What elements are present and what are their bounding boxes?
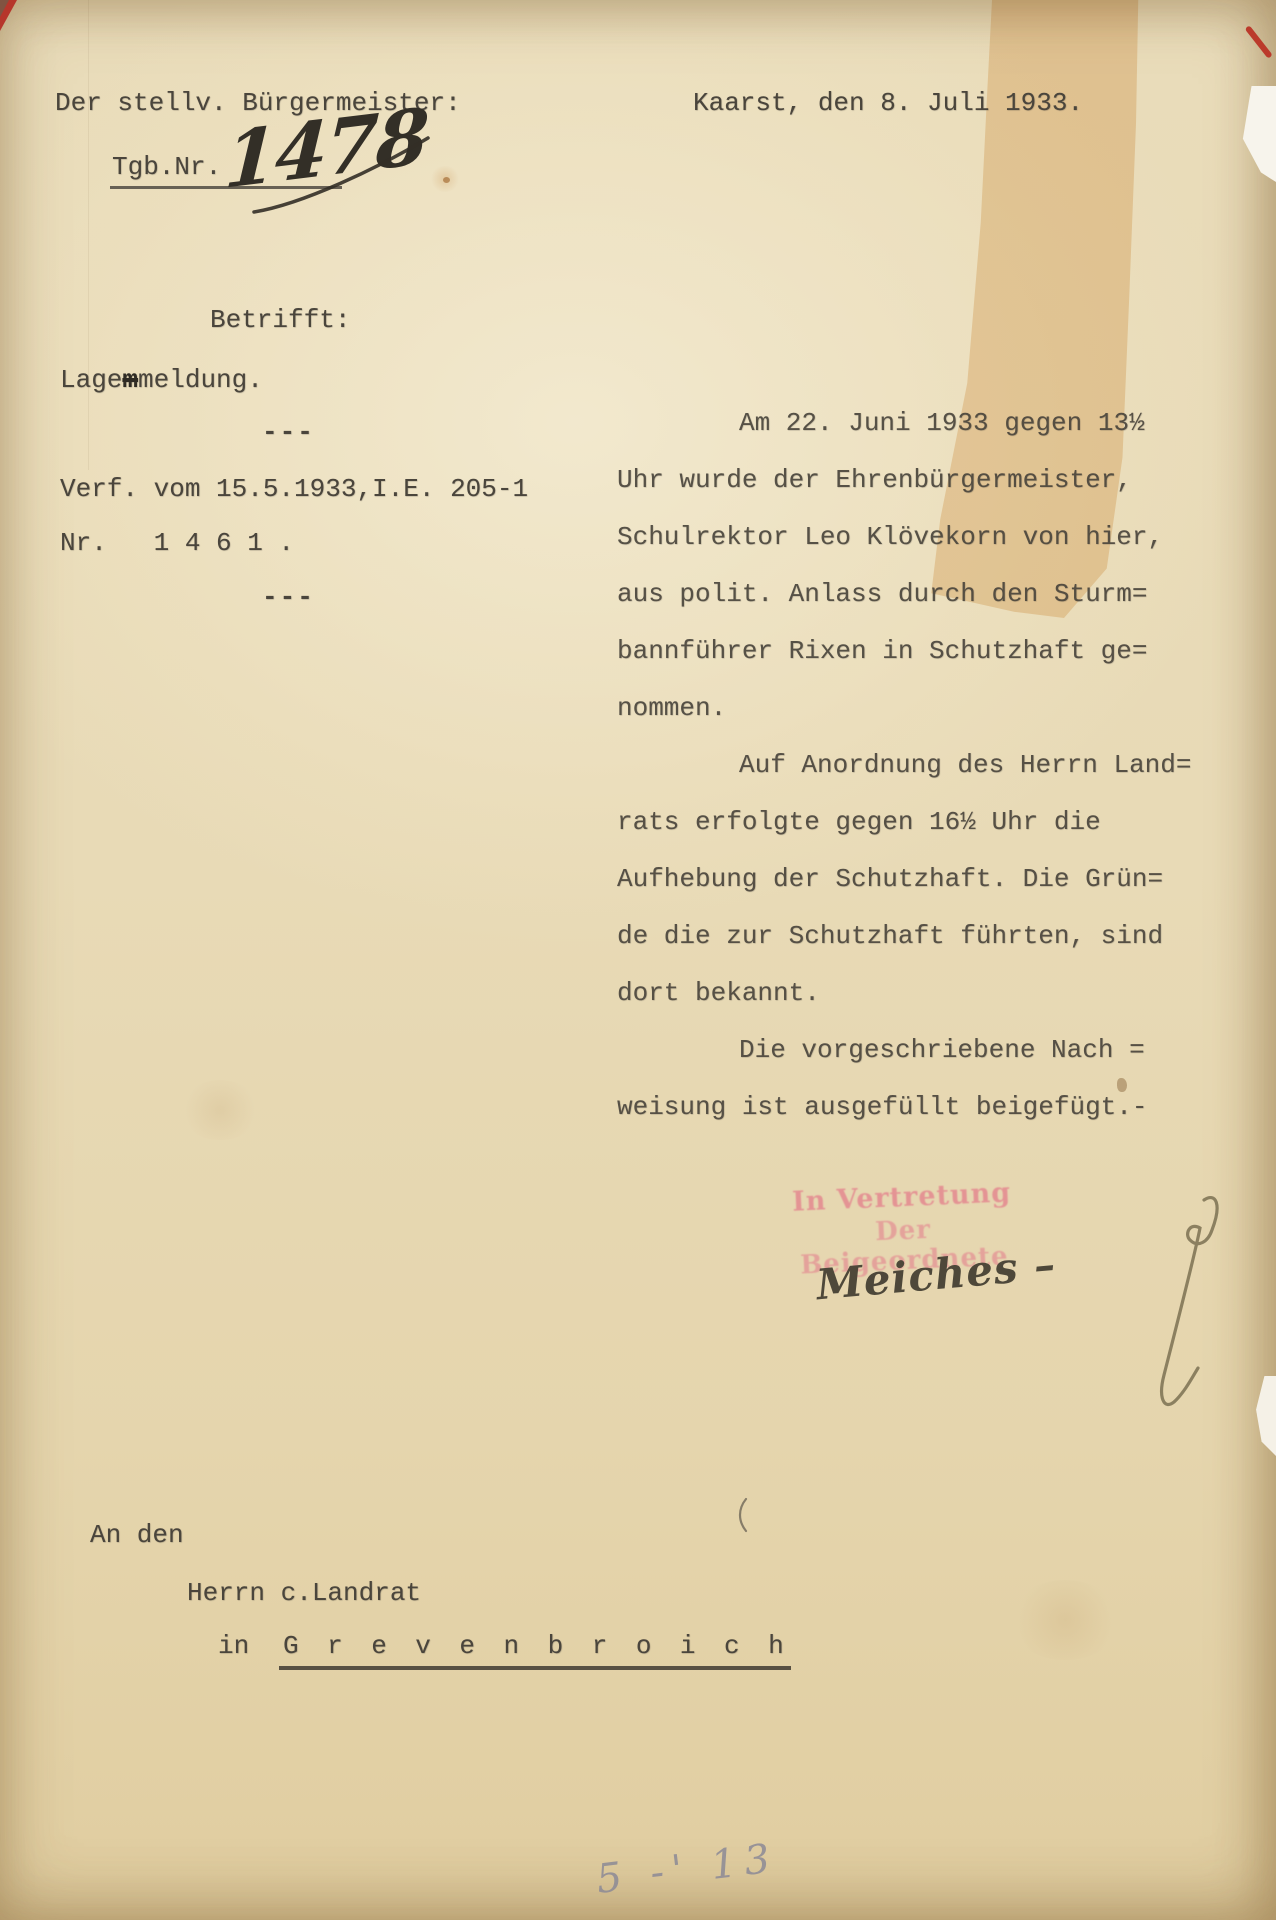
subject-overstruck-char: m — [122, 365, 138, 395]
body-line: weisung ist ausgefüllt beigefügt.- — [617, 1079, 1276, 1136]
paper-stain — [443, 177, 450, 183]
body-line: Die vorgeschriebene Nach = — [617, 1022, 1276, 1079]
recipient-city-underline — [279, 1666, 791, 1670]
recipient-city-prefix: in — [218, 1631, 249, 1661]
body-line: bannführer Rixen in Schutzhaft ge= — [617, 623, 1276, 680]
torn-paper-edge-mid — [1256, 1376, 1276, 1456]
body-line: Am 22. Juni 1933 gegen 13½ — [617, 395, 1276, 452]
paper-stain — [1010, 1580, 1120, 1660]
journal-number-label: Tgb.Nr. — [112, 152, 221, 182]
paper-stain — [430, 166, 460, 192]
body-line: Schulrektor Leo Klövekorn von hier, — [617, 509, 1276, 566]
body-line: nommen. — [617, 680, 1276, 737]
subject-value-post: meldung. — [138, 365, 263, 395]
body-line: Aufhebung der Schutzhaft. Die Grün= — [617, 851, 1276, 908]
divider-dashes: --- — [262, 582, 315, 612]
subject-value: Lagemmeldung. — [60, 365, 263, 395]
red-corner-mark-top-right — [1245, 25, 1273, 59]
subject-label: Betrifft: — [210, 305, 350, 335]
letter-body: Am 22. Juni 1933 gegen 13½Uhr wurde der … — [617, 395, 1276, 1136]
recipient-line-2: Herrn c.Landrat — [187, 1578, 421, 1608]
torn-paper-edge-top — [1240, 86, 1276, 182]
scanned-letter-page: Der stellv. Bürgermeister: Tgb.Nr. 1478 … — [0, 0, 1276, 1920]
pencil-archive-note: 5 -' 13 — [594, 1835, 781, 1903]
body-line: de die zur Schutzhaft führten, sind — [617, 908, 1276, 965]
reference-line-2: Nr. 1 4 6 1 . — [60, 528, 294, 558]
subject-value-pre: Lage — [60, 365, 122, 395]
paper-stain — [180, 1080, 260, 1140]
place-date-line: Kaarst, den 8. Juli 1933. — [693, 88, 1083, 118]
reference-line-1: Verf. vom 15.5.1933,I.E. 205-1 — [60, 474, 528, 504]
body-line: dort bekannt. — [617, 965, 1276, 1022]
small-ink-tick-mark — [733, 1496, 753, 1536]
recipient-line-1: An den — [90, 1520, 184, 1550]
handwritten-underline-swash — [248, 128, 433, 220]
body-line: aus polit. Anlass durch den Sturm= — [617, 566, 1276, 623]
recipient-city: Grevenbroich — [283, 1631, 812, 1661]
body-line: Auf Anordnung des Herrn Land= — [617, 737, 1276, 794]
paper-crease — [88, 0, 89, 470]
divider-dashes: --- — [262, 417, 315, 447]
body-line: Uhr wurde der Ehrenbürgermeister, — [617, 452, 1276, 509]
ink-paraph-mark — [1138, 1190, 1238, 1418]
body-line: rats erfolgte gegen 16½ Uhr die — [617, 794, 1276, 851]
